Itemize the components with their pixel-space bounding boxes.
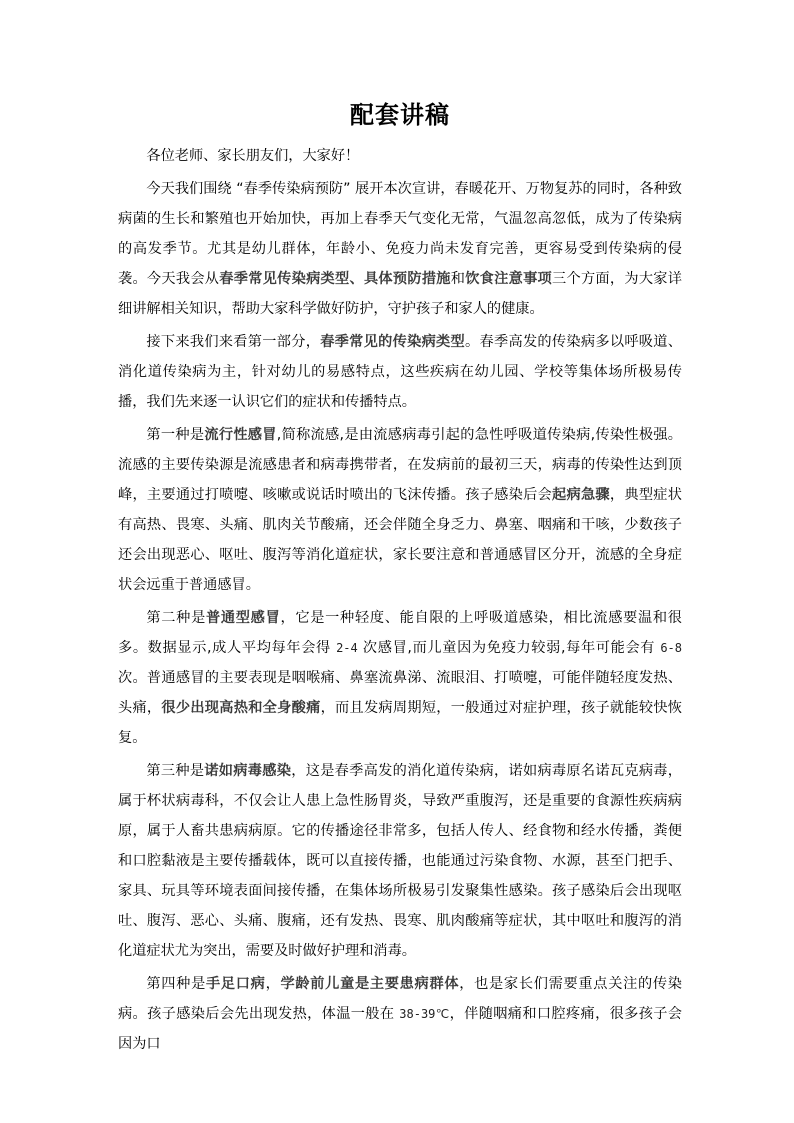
text-segment: 第一种是	[146, 427, 204, 443]
bold-text-segment: 很少出现高热和全身酸痛	[161, 700, 320, 716]
bold-text-segment: 诺如病毒感染	[204, 763, 291, 779]
text-segment: 和	[451, 271, 465, 287]
text-segment: ，	[266, 976, 281, 992]
bold-text-segment: 普通型感冒	[206, 610, 280, 626]
bold-text-segment: 起病急骤	[552, 487, 610, 503]
paragraph-hfmd: 第四种是手足口病，学龄前儿童是主要患病群体，也是家长们需要重点关注的传染病。孩子…	[118, 969, 682, 1059]
number-text: 38-39℃	[399, 1007, 449, 1021]
bold-text-segment: 饮食注意事项	[465, 271, 552, 287]
greeting: 各位老师、家长朋友们，大家好！	[118, 141, 682, 171]
bold-text-segment: 春季常见传染病类型、具体预防措施	[219, 271, 450, 287]
number-text: 2-4	[336, 641, 358, 655]
text-segment: 第三种是	[146, 763, 204, 779]
text-segment: 第四种是	[146, 976, 206, 992]
paragraph-norovirus: 第三种是诺如病毒感染，这是春季高发的消化道传染病，诺如病毒原名诺瓦克病毒，属于杯…	[118, 756, 682, 966]
text-segment: 接下来我们来看第一部分，	[146, 334, 320, 350]
bold-text-segment: 学龄前儿童是主要患病群体	[280, 976, 459, 992]
text-segment: 第二种是	[146, 610, 206, 626]
text-segment: 次感冒,而儿童因为免疫力较弱,每年可能会有	[358, 640, 661, 656]
bold-text-segment: 手足口病	[206, 976, 266, 992]
bold-text-segment: 流行性感冒	[204, 427, 276, 443]
paragraph-influenza: 第一种是流行性感冒,简称流感,是由流感病毒引起的急性呼吸道传染病,传染性极强。流…	[118, 420, 682, 600]
paragraph-intro: 今天我们围绕 “春季传染病预防” 展开本次宣讲，春暖花开、万物复苏的同时，各种致…	[118, 174, 682, 324]
paragraph-common-cold: 第二种是普通型感冒，它是一种轻度、能自限的上呼吸道感染，相比流感要温和很多。数据…	[118, 603, 682, 753]
bold-text-segment: 春季常见的传染病类型	[320, 334, 465, 350]
document-title: 配套讲稿	[118, 95, 682, 135]
number-text: 6-8	[660, 641, 682, 655]
paragraph-part-one: 接下来我们来看第一部分，春季常见的传染病类型。春季高发的传染病多以呼吸道、消化道…	[118, 327, 682, 417]
text-segment: ，这是春季高发的消化道传染病，诺如病毒原名诺瓦克病毒，属于杯状病毒科，不仅会让人…	[118, 763, 682, 959]
document-page: 配套讲稿 各位老师、家长朋友们，大家好！ 今天我们围绕 “春季传染病预防” 展开…	[118, 95, 682, 1062]
